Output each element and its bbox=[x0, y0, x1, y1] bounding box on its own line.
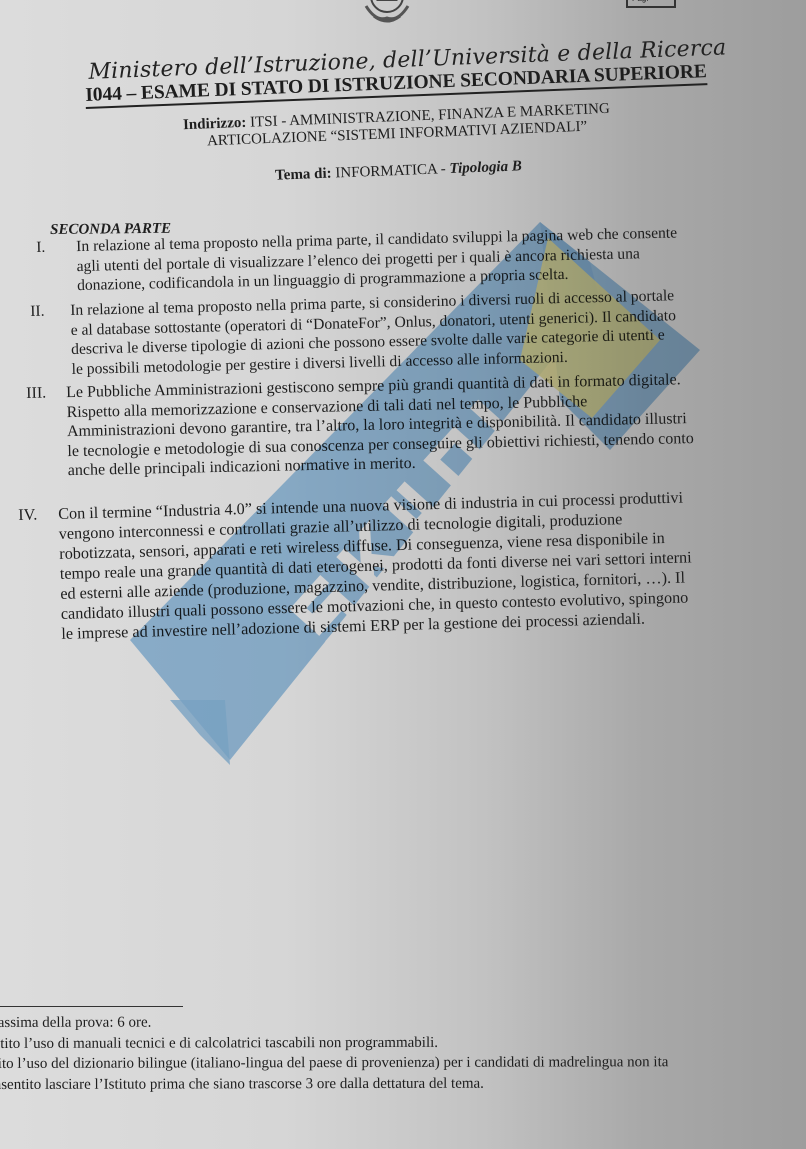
document-header: Ministero dell’Istruzione, dell’Universi… bbox=[84, 35, 729, 191]
tema-line: Tema di: INFORMATICA - Tipologia B bbox=[88, 151, 708, 192]
question-item: II. In relazione al tema proposto nella … bbox=[30, 284, 756, 380]
tema-label: Tema di: bbox=[275, 166, 332, 184]
footnote-leave-rule: onsentito lasciare l’Istituto prima che … bbox=[0, 1072, 806, 1095]
question-numeral: I. bbox=[36, 237, 76, 257]
question-text: In relazione al tema proposto nella prim… bbox=[76, 222, 753, 296]
question-item: IV. Con il termine “Industria 4.0” si in… bbox=[18, 485, 773, 645]
question-item: III. Le Pubbliche Amministrazioni gestis… bbox=[26, 369, 760, 482]
indirizzo-label: Indirizzo: bbox=[183, 115, 247, 133]
tema-tipologia: Tipologia B bbox=[449, 158, 522, 177]
footnote-dictionary: ntito l’uso del dizionario bilingue (ita… bbox=[0, 1052, 806, 1075]
question-text: In relazione al tema proposto nella prim… bbox=[70, 284, 756, 379]
tema-subject: INFORMATICA - bbox=[335, 161, 450, 181]
indirizzo-block: Indirizzo: ITSI - AMMINISTRAZIONE, FINAN… bbox=[86, 97, 707, 155]
footnotes: massima della prova: 6 ore. entito l’uso… bbox=[0, 1011, 806, 1095]
footnote-divider bbox=[0, 1006, 183, 1007]
exam-document-page: Pag. Ministero dell’Istruzione, dell’Uni… bbox=[0, 0, 806, 1149]
italian-republic-emblem-icon bbox=[356, 0, 418, 28]
question-numeral: II. bbox=[30, 301, 70, 321]
footnote-duration: massima della prova: 6 ore. bbox=[0, 1011, 806, 1034]
question-text: Con il termine “Industria 4.0” si intend… bbox=[58, 485, 773, 644]
question-text: Le Pubbliche Amministrazioni gestiscono … bbox=[66, 369, 760, 481]
question-numeral: III. bbox=[26, 383, 66, 403]
question-numeral: IV. bbox=[18, 504, 59, 525]
page-corner-mark: Pag. bbox=[626, 0, 676, 8]
footnote-manuals: entito l’uso di manuali tecnici e di cal… bbox=[0, 1031, 806, 1054]
